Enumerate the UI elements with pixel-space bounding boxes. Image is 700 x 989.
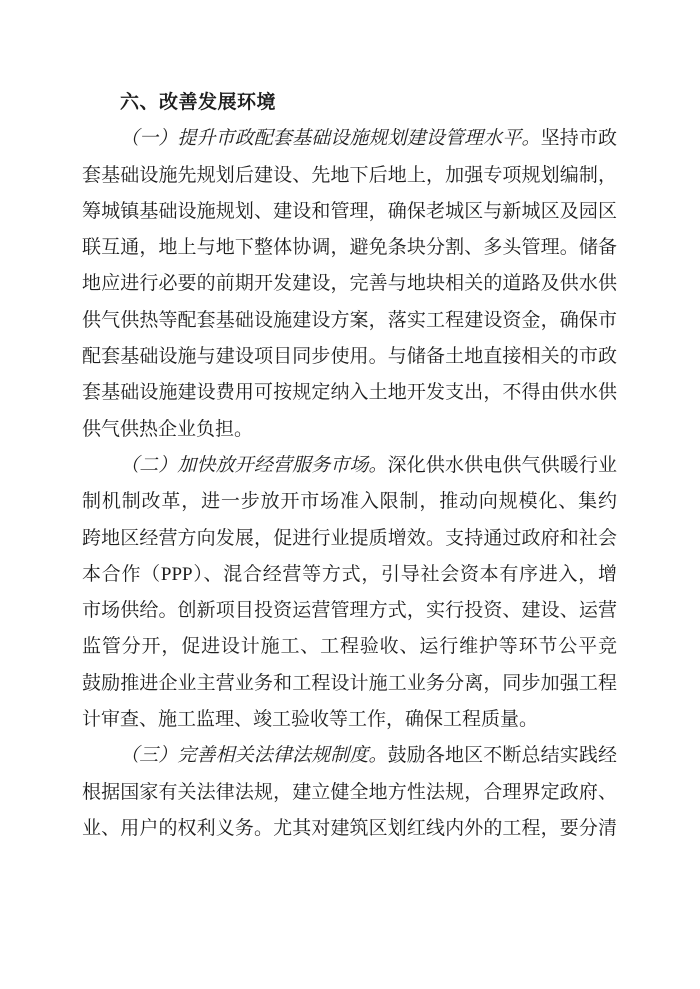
text-line: 业、用户的权利义务。尤其对建筑区划红线内外的工程，要分清管	[82, 811, 617, 847]
text-line: （三）完善相关法律法规制度。鼓励各地区不断总结实践经验，	[82, 738, 617, 774]
text-line: （二）加快放开经营服务市场。深化供水供电供气供暖行业体	[82, 448, 617, 484]
body-text: 联互通，地上与地下整体协调，避免条块分割、多头管理。储备土	[82, 237, 617, 266]
text-line: 跨地区经营方向发展，促进行业提质增效。支持通过政府和社会资	[82, 521, 617, 557]
paragraph-lead-text: （三）完善相关法律法规制度。	[120, 745, 388, 766]
text-line: 根据国家有关法律法规，建立健全地方性法规，合理界定政府、企	[82, 775, 617, 811]
body-text: 鼓励推进企业主营业务和工程设计施工业务分离，同步加强工程设	[82, 673, 617, 702]
text-line: 联互通，地上与地下整体协调，避免条块分割、多头管理。储备土	[82, 230, 617, 266]
text-line: 配套基础设施与建设项目同步使用。与储备土地直接相关的市政配	[82, 339, 617, 375]
body-text: 地应进行必要的前期开发建设，完善与地块相关的道路及供水供电	[82, 273, 617, 302]
text-line: 套基础设施先规划后建设、先地下后地上，加强专项规划编制，统	[82, 158, 617, 194]
section-heading: 六、改善发展环境	[82, 85, 617, 121]
paragraph: （三）完善相关法律法规制度。鼓励各地区不断总结实践经验，根据国家有关法律法规，建…	[82, 738, 617, 847]
text-line: 监管分开，促进设计施工、工程验收、运行维护等环节公平竞争。	[82, 629, 617, 665]
body-text: 业、用户的权利义务。尤其对建筑区划红线内外的工程，要分清管	[82, 818, 617, 847]
body-text: 供气供热等配套基础设施建设方案，落实工程建设资金，确保市政	[82, 310, 617, 339]
body-text: 市场供给。创新项目投资运营管理方式，实行投资、建设、运营和	[82, 600, 617, 629]
paragraph-lead-text: （二）加快放开经营服务市场。	[120, 455, 388, 476]
body-text: 监管分开，促进设计施工、工程验收、运行维护等环节公平竞争。	[82, 636, 617, 665]
body-text: 制机制改革，进一步放开市场准入限制，推动向规模化、集约化、	[82, 491, 617, 520]
text-line: 筹城镇基础设施规划、建设和管理，确保老城区与新城区及园区互	[82, 194, 617, 230]
paragraph: （二）加快放开经营服务市场。深化供水供电供气供暖行业体制机制改革，进一步放开市场…	[82, 448, 617, 738]
paragraph-lead-text: （一）提升市政配套基础设施规划建设管理水平。	[120, 128, 541, 149]
text-line: 地应进行必要的前期开发建设，完善与地块相关的道路及供水供电	[82, 266, 617, 302]
paragraph: （一）提升市政配套基础设施规划建设管理水平。坚持市政配套基础设施先规划后建设、先…	[82, 121, 617, 448]
text-line: 本合作（PPP）、混合经营等方式，引导社会资本有序进入，增加	[82, 557, 617, 593]
body-text: 本合作（PPP）、混合经营等方式，引导社会资本有序进入，增加	[82, 564, 617, 593]
body-text: 套基础设施先规划后建设、先地下后地上，加强专项规划编制，统	[82, 165, 617, 194]
text-line: 鼓励推进企业主营业务和工程设计施工业务分离，同步加强工程设	[82, 666, 617, 702]
text-line: 计审查、施工监理、竣工验收等工作，确保工程质量。	[82, 702, 617, 738]
text-line: 市场供给。创新项目投资运营管理方式，实行投资、建设、运营和	[82, 593, 617, 629]
text-line: 供气供热企业负担。	[82, 412, 617, 448]
body-text: 根据国家有关法律法规，建立健全地方性法规，合理界定政府、企	[82, 782, 617, 811]
document-body: （一）提升市政配套基础设施规划建设管理水平。坚持市政配套基础设施先规划后建设、先…	[82, 121, 617, 847]
document-page: 六、改善发展环境 （一）提升市政配套基础设施规划建设管理水平。坚持市政配套基础设…	[0, 0, 700, 989]
text-line: 套基础设施建设费用可按规定纳入土地开发支出，不得由供水供电	[82, 375, 617, 411]
body-text: 筹城镇基础设施规划、建设和管理，确保老城区与新城区及园区互	[82, 201, 617, 230]
body-text: 配套基础设施与建设项目同步使用。与储备土地直接相关的市政配	[82, 346, 617, 375]
body-text: 跨地区经营方向发展，促进行业提质增效。支持通过政府和社会资	[82, 528, 617, 557]
body-text: 供气供热企业负担。	[82, 419, 253, 440]
text-line: 制机制改革，进一步放开市场准入限制，推动向规模化、集约化、	[82, 484, 617, 520]
text-line: （一）提升市政配套基础设施规划建设管理水平。坚持市政配	[82, 121, 617, 157]
body-text: 套基础设施建设费用可按规定纳入土地开发支出，不得由供水供电	[82, 382, 617, 411]
text-line: 供气供热等配套基础设施建设方案，落实工程建设资金，确保市政	[82, 303, 617, 339]
body-text: 计审查、施工监理、竣工验收等工作，确保工程质量。	[82, 709, 538, 730]
document-content: 六、改善发展环境 （一）提升市政配套基础设施规划建设管理水平。坚持市政配套基础设…	[0, 0, 700, 847]
